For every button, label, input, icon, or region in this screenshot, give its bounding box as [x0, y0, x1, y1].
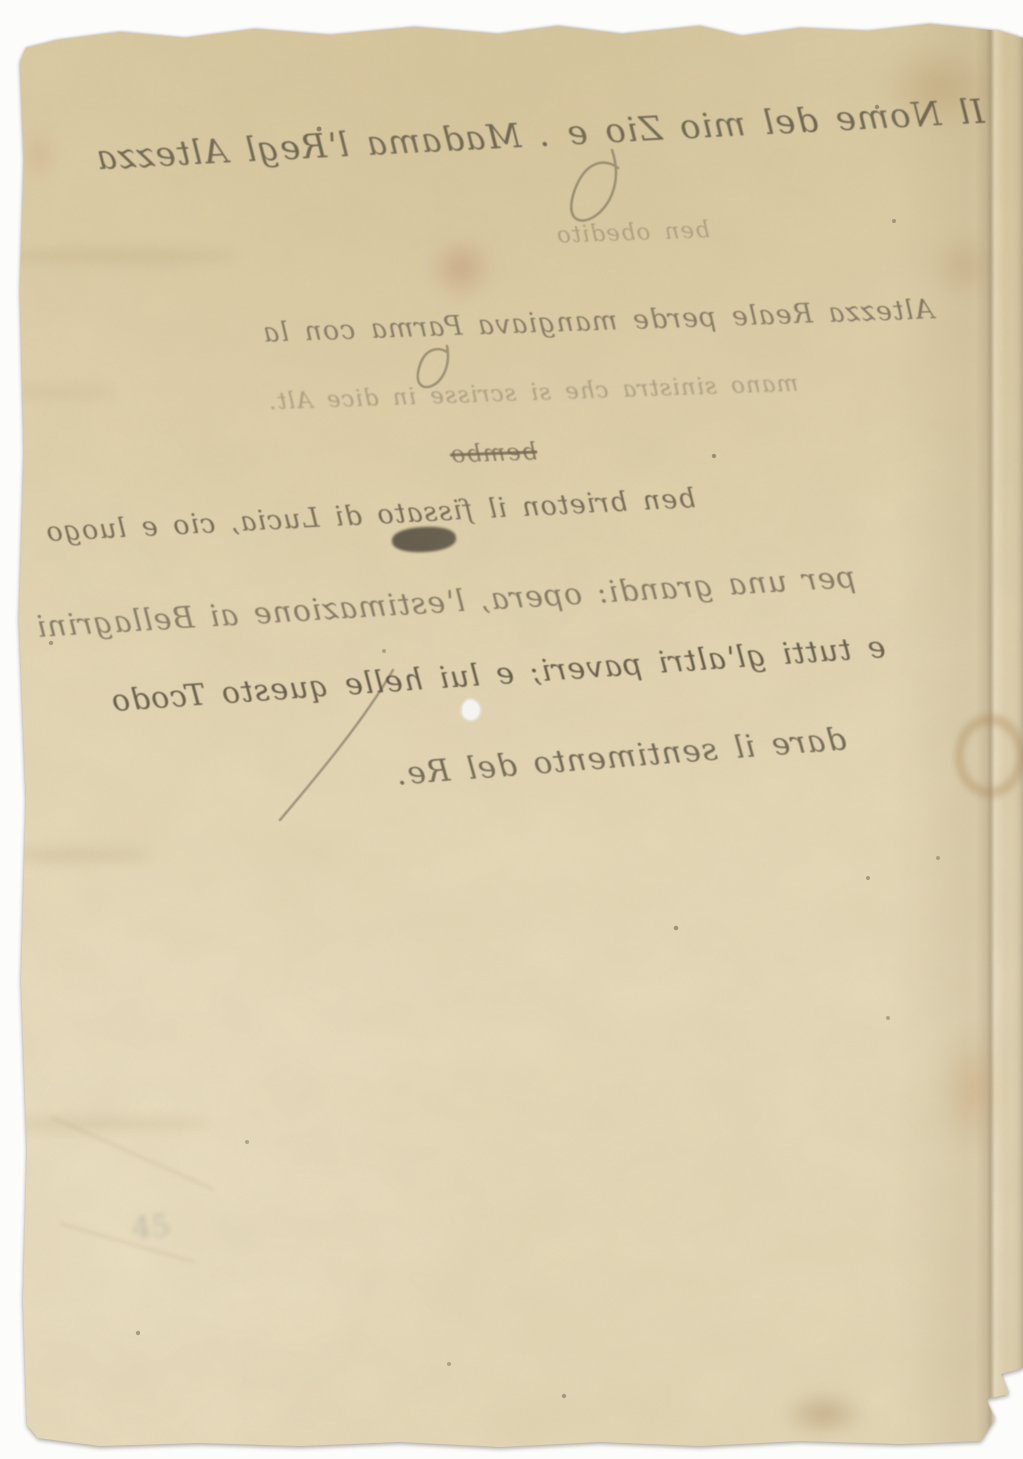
paper-hole	[458, 696, 484, 723]
stain	[933, 1012, 1013, 1167]
bleedthrough-line: mano sinistra che si scrisse in dice Alt…	[268, 371, 799, 416]
paper-streak	[0, 848, 150, 862]
paper-shadow-wrap: Il Nome del mio Zio e . Madama l'Regl Al…	[0, 0, 1023, 1459]
scanned-letter-page: Il Nome del mio Zio e . Madama l'Regl Al…	[0, 0, 1023, 1459]
bleedthrough-line: dare il sentimento del Re.	[394, 722, 847, 793]
bleedthrough-line: e tutti gl'altri paveri; e lui helle que…	[110, 631, 887, 720]
paper-streak	[0, 386, 120, 398]
stain	[768, 1383, 880, 1445]
letter-paper: Il Nome del mio Zio e . Madama l'Regl Al…	[0, 0, 1023, 1459]
bleedthrough-line: ben brieton il fissato di Lucia, cio e l…	[45, 483, 697, 548]
bleedthrough-struck-word: bembo	[450, 438, 538, 469]
bleedthrough-line: Il Nome del mio Zio e . Madama l'Regl Al…	[95, 93, 986, 179]
bleedthrough-line: Altezza Reale perde mangiava Parma con l…	[262, 294, 935, 348]
bleedthrough-line: ben obedito	[556, 217, 711, 249]
stain	[16, 118, 62, 192]
paper-streak	[0, 1118, 210, 1130]
faint-corner-number: 45	[131, 1208, 172, 1246]
paper-wrinkle	[60, 1223, 195, 1264]
stain	[415, 222, 507, 314]
paper-streak	[0, 248, 235, 264]
ink-blot	[391, 525, 456, 553]
bleedthrough-line: per una grandi: opera, l'estimazione ai …	[35, 561, 857, 646]
ring-stain	[953, 712, 1023, 800]
ink-specks	[0, 0, 2, 2]
